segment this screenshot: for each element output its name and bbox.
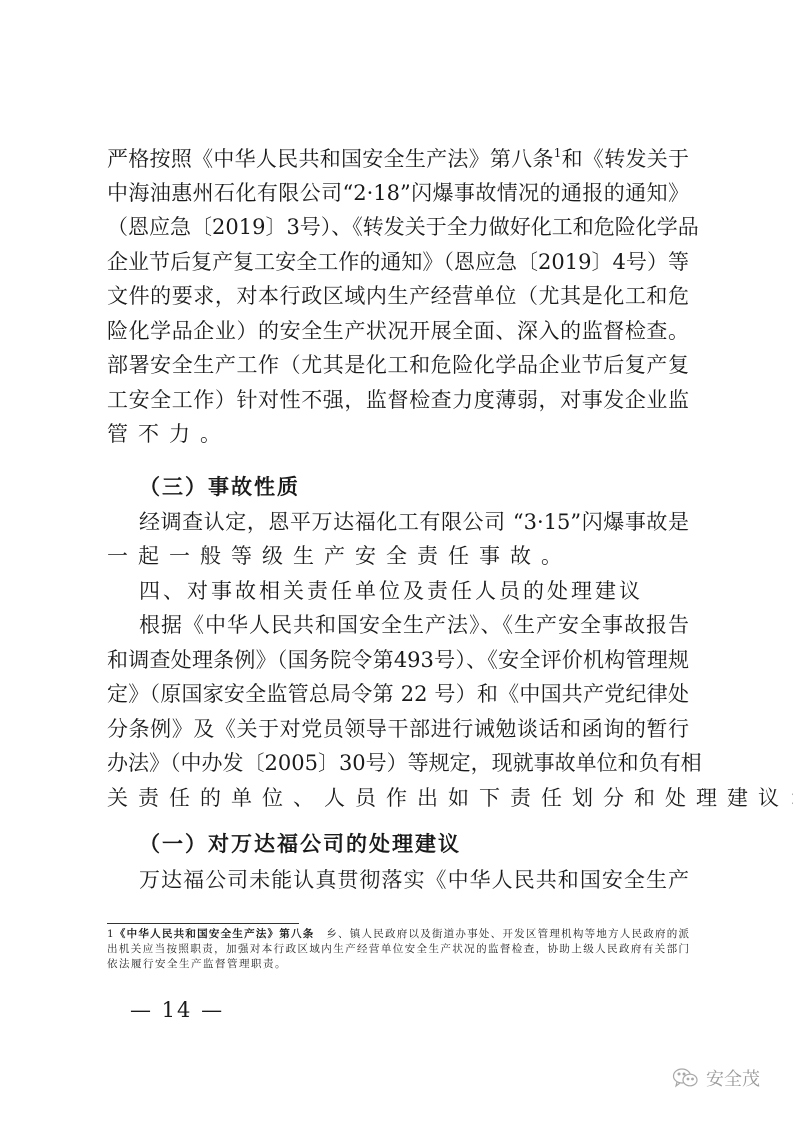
footnote-number: 1	[107, 928, 114, 940]
body-line-9: 管不力。	[107, 419, 689, 449]
body-line-14: 根据《中华人民共和国安全生产法》、《生产安全事故报告	[139, 610, 689, 640]
body-text: 和《转发关于	[561, 147, 689, 171]
body-line-8: 工安全工作）针对性不强，监督检查力度薄弱，对事发企业监	[107, 385, 689, 415]
body-line-2: 中海油惠州石化有限公司“2·18”闪爆事故情况的通报的通知》	[107, 178, 689, 208]
body-line-12: 一起一般等级生产安全责任事故。	[107, 541, 689, 571]
body-line-11: 经调查认定，恩平万达福化工有限公司 “3·15”闪爆事故是	[139, 507, 689, 537]
body-line-17: 分条例》及《关于对党员领导干部进行诫勉谈话和函询的暂行	[107, 714, 689, 744]
body-line-3: （恩应急〔2019〕3号）、《转发关于全力做好化工和危险化学品	[107, 212, 689, 242]
body-line-16: 定》（原国家安全监管总局令第 22 号）和《中国共产党纪律处	[107, 679, 689, 709]
document-page: 严格按照《中华人民共和国安全生产法》第八条1和《转发关于 中海油惠州石化有限公司…	[0, 0, 793, 1122]
footnote-line-2: 出机关应当按照职责，加强对本行政区域内生产经营单位安全生产状况的监督检查，协助上…	[107, 942, 689, 956]
section-heading-wandafu: （一）对万达福公司的处理建议	[139, 829, 689, 859]
section-heading-accident-nature: （三）事故性质	[139, 472, 689, 502]
body-text: 严格按照《中华人民共和国安全生产法》第八条	[107, 147, 554, 171]
body-line-21: 万达福公司未能认真贯彻落实《中华人民共和国安全生产	[139, 865, 689, 895]
body-line-15: 和调查处理条例》（国务院令第493号）、《安全评价机构管理规	[107, 645, 689, 675]
body-line-1: 严格按照《中华人民共和国安全生产法》第八条1和《转发关于	[107, 144, 689, 174]
section-heading-handling-suggestions: 四、对事故相关责任单位及责任人员的处理建议	[139, 576, 689, 606]
body-line-7: 部署安全生产工作（尤其是化工和危险化学品企业节后复产复	[107, 350, 689, 380]
body-line-6: 险化学品企业）的安全生产状况开展全面、深入的监督检查。	[107, 316, 689, 346]
footnote-divider	[107, 923, 299, 924]
watermark-label: 安全茂	[706, 1065, 760, 1091]
footnote-line-3: 依法履行安全生产监督管理职责。	[107, 957, 689, 971]
body-line-4: 企业节后复产复工安全工作的通知》（恩应急〔2019〕4号）等	[107, 247, 689, 277]
footnote-line-1: 1《中华人民共和国安全生产法》第八条 乡、镇人民政府以及街道办事处、开发区管理机…	[107, 927, 689, 941]
body-line-19: 关责任的单位、人员作出如下责任划分和处理建议：	[107, 783, 689, 813]
body-line-5: 文件的要求，对本行政区域内生产经营单位（尤其是化工和危	[107, 281, 689, 311]
page-number: — 14 —	[130, 998, 224, 1022]
footnote-title: 《中华人民共和国安全生产法》第八条	[114, 928, 315, 940]
body-line-18: 办法》（中办发〔2005〕30号）等规定，现就事故单位和负有相	[107, 748, 689, 778]
watermark: 安全茂	[672, 1065, 760, 1091]
wechat-icon	[672, 1067, 700, 1089]
footnote-text: 乡、镇人民政府以及街道办事处、开发区管理机构等地方人民政府的派	[315, 928, 689, 940]
